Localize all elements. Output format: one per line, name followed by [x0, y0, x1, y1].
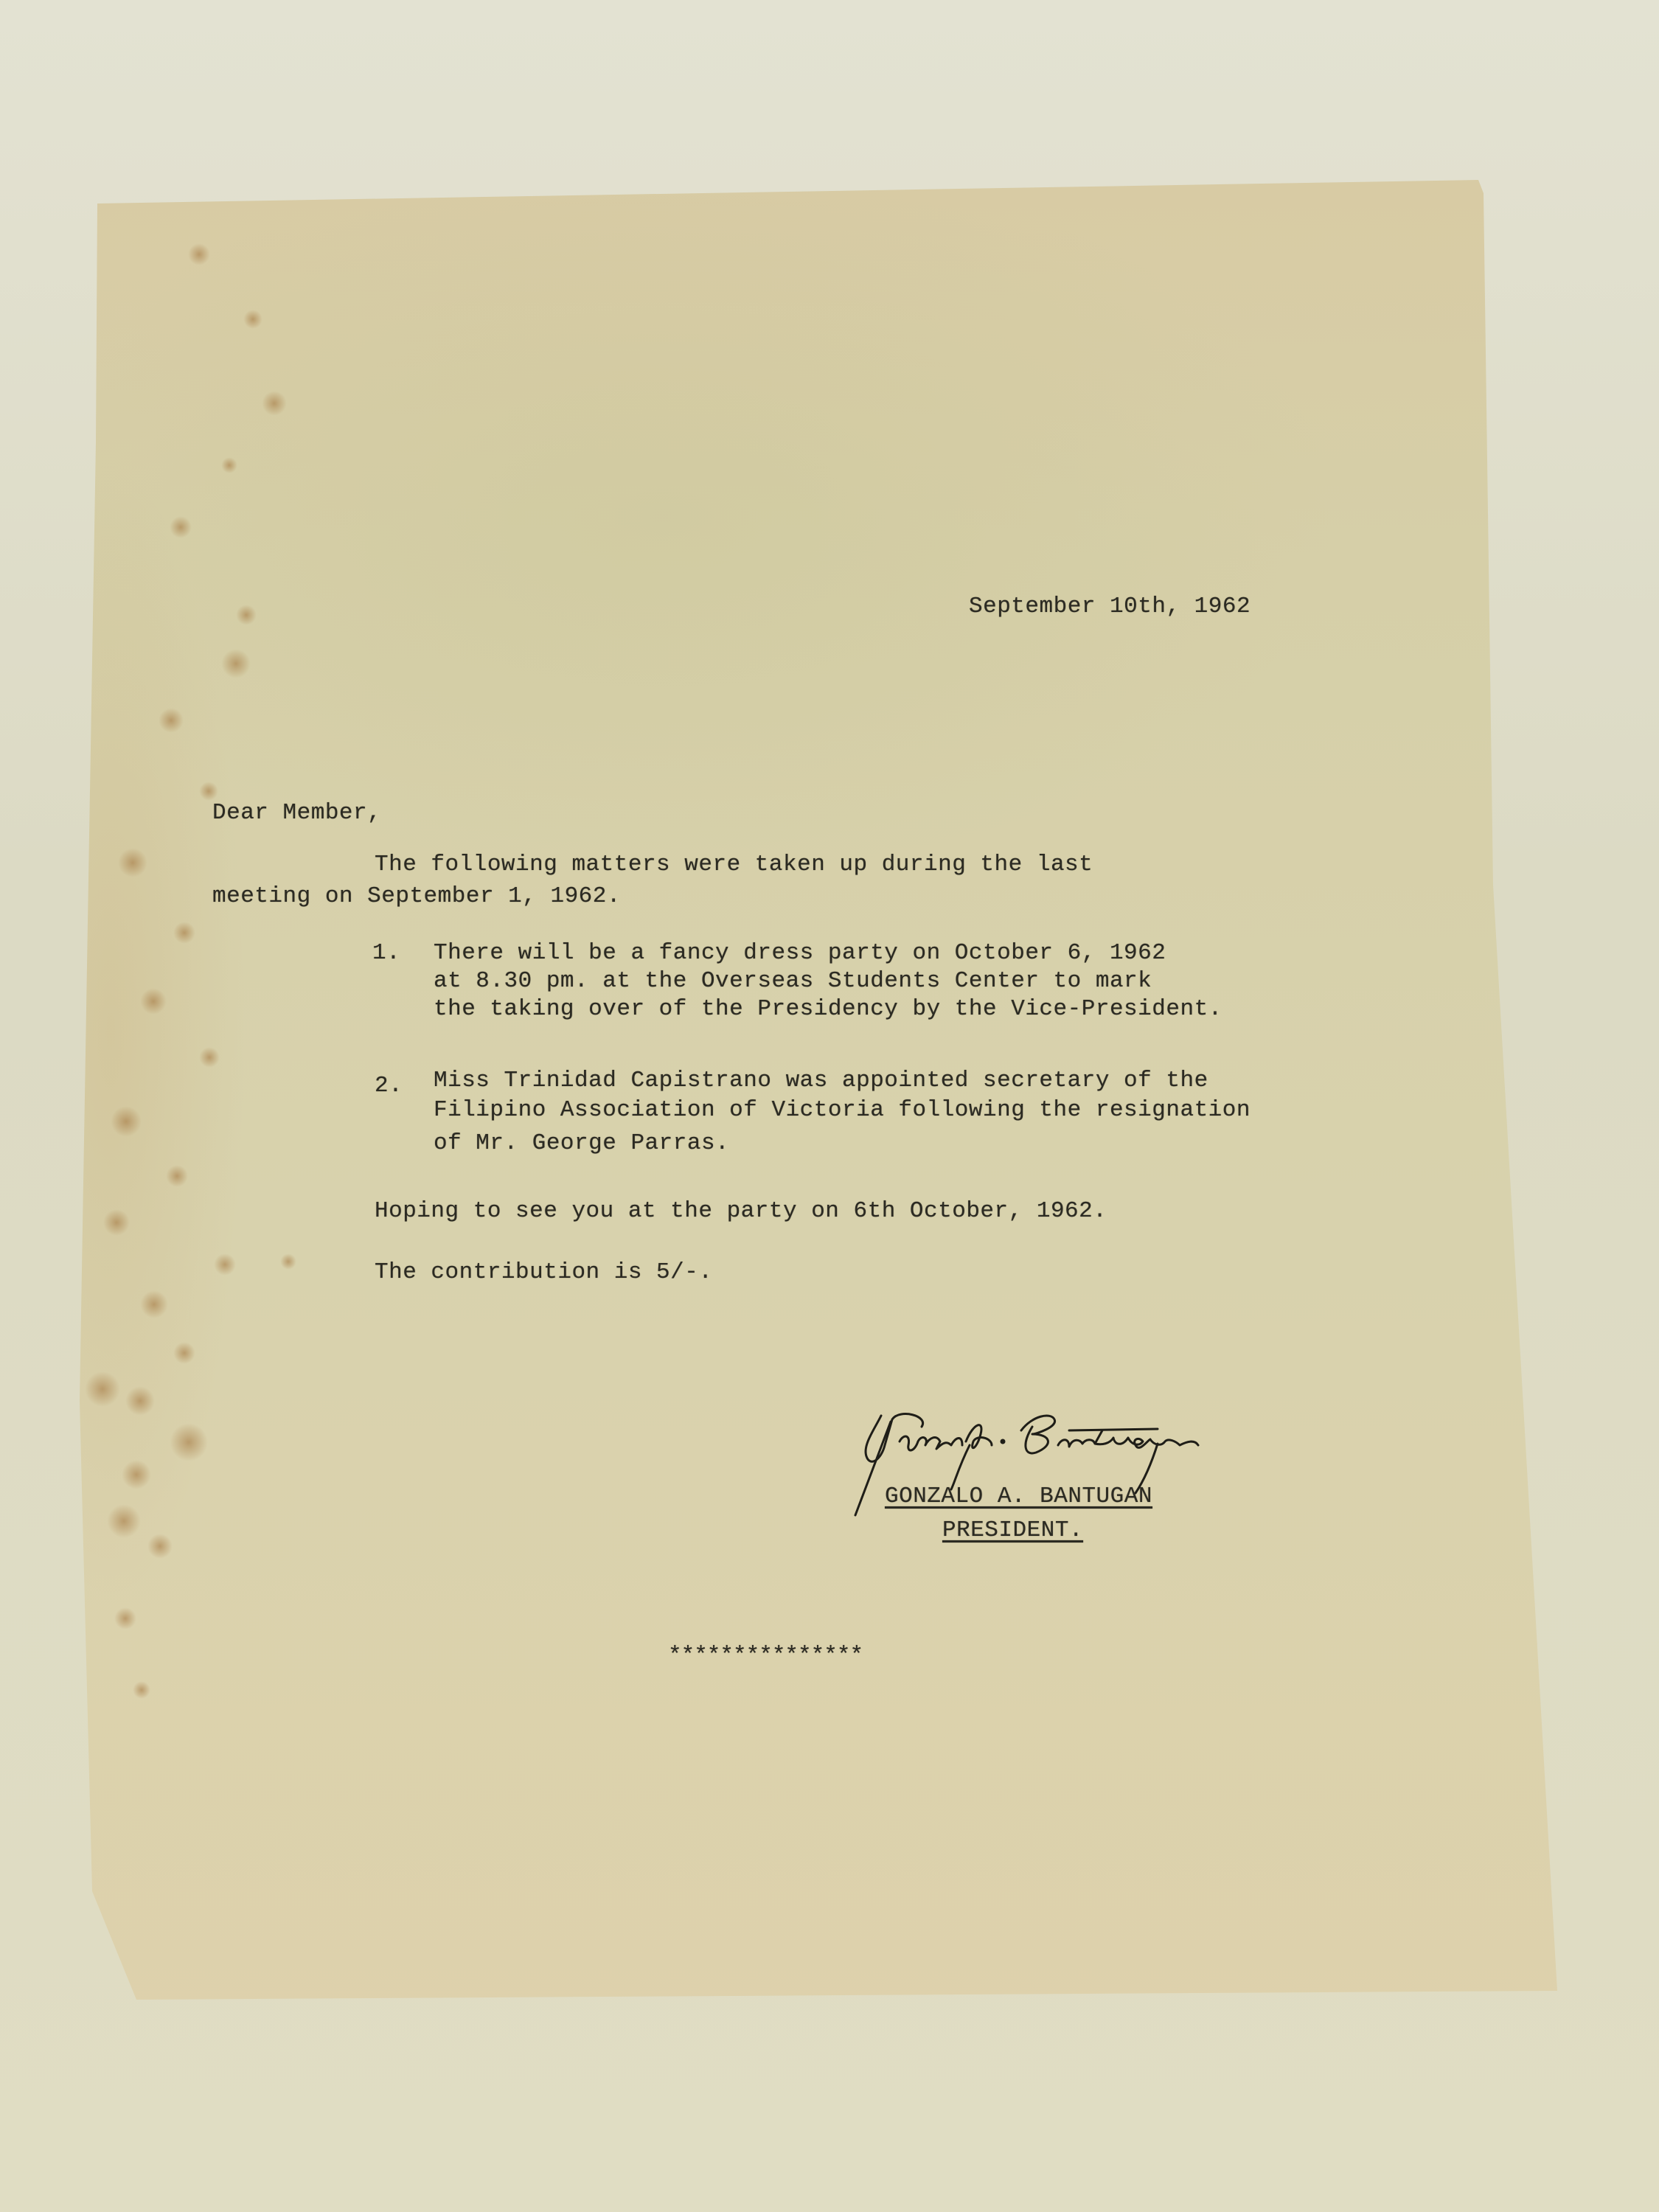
closing-line: Hoping to see you at the party on 6th Oc… [375, 1198, 1107, 1224]
item-line: There will be a fancy dress party on Oct… [434, 940, 1166, 966]
signatory-name: GONZALO A. BANTUGAN [885, 1484, 1152, 1509]
intro-line-2: meeting on September 1, 1962. [212, 883, 621, 909]
handwritten-signature [848, 1401, 1276, 1534]
letter-date: September 10th, 1962 [969, 594, 1251, 619]
item-line: the taking over of the Presidency by the… [434, 996, 1222, 1022]
item-line: at 8.30 pm. at the Overseas Students Cen… [434, 968, 1152, 994]
salutation: Dear Member, [212, 800, 381, 826]
signatory-title-text: PRESIDENT. [942, 1517, 1083, 1543]
item-number: 2. [375, 1073, 403, 1099]
contribution-line: The contribution is 5/-. [375, 1259, 712, 1285]
signatory-title: PRESIDENT. [942, 1517, 1083, 1543]
item-line: of Mr. George Parras. [434, 1130, 729, 1156]
item-number: 1. [372, 940, 400, 966]
item-line: Miss Trinidad Capistrano was appointed s… [434, 1068, 1208, 1093]
intro-line-1: The following matters were taken up duri… [375, 852, 1093, 877]
end-mark: *************** [668, 1643, 863, 1669]
signature-icon [848, 1401, 1276, 1534]
item-line: Filipino Association of Victoria followi… [434, 1097, 1251, 1123]
